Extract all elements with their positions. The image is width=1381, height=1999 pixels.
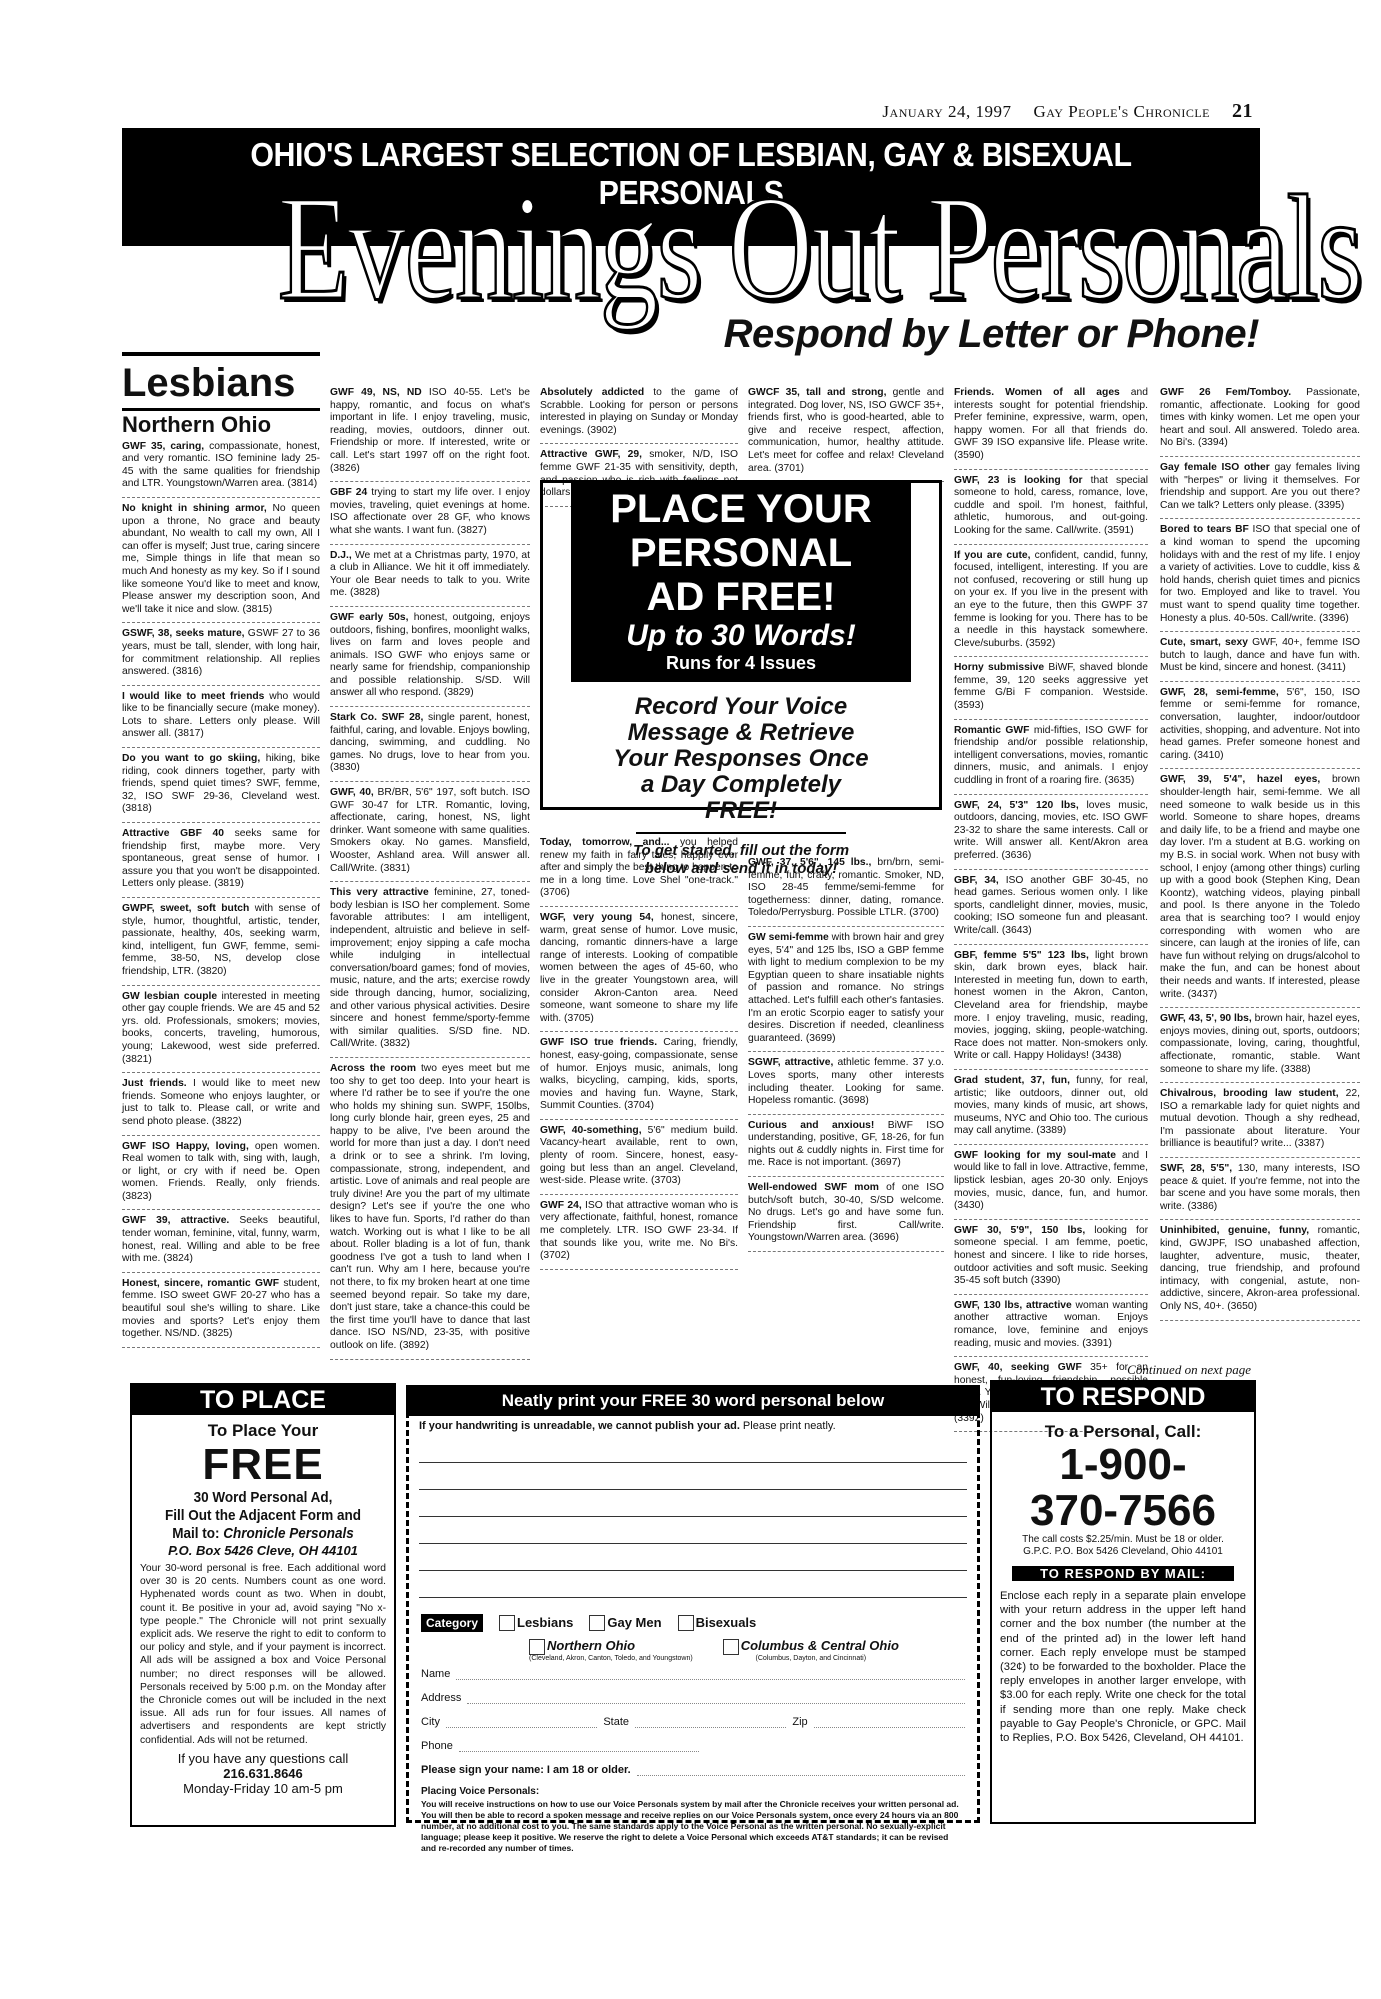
ad-lead: GWF, 40,	[330, 787, 374, 798]
warning-text: Please print neatly.	[740, 1420, 836, 1432]
to-place-header: TO PLACE	[132, 1385, 394, 1415]
ad-lead: Uninhibited, genuine, funny,	[1160, 1225, 1309, 1236]
region-northern-ohio[interactable]: Northern Ohio(Cleveland, Akron, Canton, …	[529, 1638, 693, 1662]
personal-ad: Honest, sincere, romantic GWF student, f…	[122, 1273, 320, 1348]
to-place-box: TO PLACE To Place Your FREE 30 Word Pers…	[130, 1383, 396, 1827]
ad-lead: GW lesbian couple	[122, 991, 217, 1002]
personal-ad: Today, tomorrow, and... you helped renew…	[540, 832, 738, 907]
ad-lead: GWCF 35, tall and strong,	[748, 387, 886, 398]
free-ad-promo: PLACE YOUR PERSONAL AD FREE! Up to 30 Wo…	[540, 480, 942, 810]
ad-lead: Honest, sincere, romantic GWF	[122, 1278, 279, 1289]
ad-lead: GBF, femme 5'5" 123 lbs,	[954, 950, 1089, 961]
checkbox-icon[interactable]	[678, 1615, 694, 1631]
ad-lead: GWF, 130 lbs, attractive	[954, 1300, 1072, 1311]
ad-text-line-6[interactable]	[419, 1571, 967, 1598]
personal-ad: GWF, 24, 5'3" 120 lbs, loves music, outd…	[954, 795, 1148, 870]
category-option-label: Bisexuals	[696, 1615, 757, 1630]
name-input[interactable]	[456, 1668, 965, 1680]
ad-text: honest, outgoing, enjoys outdoors, fishi…	[330, 612, 530, 699]
promo-line: FREE!	[543, 798, 939, 824]
respond-address: G.P.C. P.O. Box 5426 Cleveland, Ohio 441…	[992, 1546, 1254, 1558]
personal-ad: GW lesbian couple interested in meeting …	[122, 986, 320, 1074]
ad-lead: SGWF, attractive,	[748, 1057, 833, 1068]
region-central-ohio[interactable]: Columbus & Central Ohio(Columbus, Dayton…	[723, 1638, 899, 1662]
ads-column-6: GWF 26 Fem/Tomboy. Passionate, romantic,…	[1160, 382, 1360, 1321]
ad-lead: GWF, 43, 5', 90 lbs,	[1160, 1013, 1252, 1024]
section-title: Lesbians	[122, 352, 320, 411]
respond-phone-part1: 1-900-	[992, 1442, 1254, 1488]
ad-text: BR/BR, 5'6" 197, soft butch. ISO GWF 30-…	[330, 787, 530, 874]
ad-text-line-4[interactable]	[419, 1517, 967, 1544]
ad-lead: Attractive GWF, 29,	[540, 449, 642, 460]
personal-ad: Bored to tears BF ISO that special one o…	[1160, 519, 1360, 632]
voice-message-promo: Record Your Voice Message & Retrieve You…	[543, 694, 939, 824]
promo-line: PERSONAL	[571, 531, 911, 575]
personal-ad: WGF, very young 54, honest, sincere, war…	[540, 907, 738, 1032]
category-option-label: Gay Men	[607, 1615, 661, 1630]
ad-text: with sense of style, humor, thoughtful, …	[122, 903, 320, 977]
ad-lead: D.J.,	[330, 550, 352, 561]
respond-line: To a Personal, Call:	[992, 1422, 1254, 1442]
ad-lead: GWF 30, 5'9", 150 lbs,	[954, 1225, 1085, 1236]
ad-lead: GSWF, 38, seeks mature,	[122, 628, 245, 639]
ad-lead: I would like to meet friends	[122, 691, 264, 702]
voice-personals-title: Placing Voice Personals:	[409, 1782, 977, 1797]
ad-lead: GWF, 24, 5'3" 120 lbs,	[954, 800, 1079, 811]
ad-lead: GWF looking for my soul-mate	[954, 1150, 1116, 1161]
field-label: State	[603, 1716, 629, 1728]
field-label: Phone	[421, 1740, 453, 1752]
personal-ad: D.J., We met at a Christmas party, 1970,…	[330, 545, 530, 607]
ad-lead: Just friends.	[122, 1078, 187, 1089]
ad-text: romantic, kind, GWJPF, ISO unabashed aff…	[1160, 1225, 1360, 1312]
promo-line: Runs for 4 Issues	[571, 653, 911, 674]
personal-ad: GBF, femme 5'5" 123 lbs, light brown ski…	[954, 945, 1148, 1070]
ad-text: No queen upon a throne, No grace and bea…	[122, 503, 320, 615]
category-row: Category Lesbians Gay Men Bisexuals	[409, 1598, 977, 1632]
personal-ad: GWF, 43, 5', 90 lbs, brown hair, hazel e…	[1160, 1008, 1360, 1083]
ad-lead: GWF, 28, semi-femme,	[1160, 687, 1279, 698]
ad-text: two eyes meet but me too shy to get too …	[330, 1063, 530, 1351]
promo-line: Up to 30 Words!	[571, 619, 911, 653]
ad-lead: Bored to tears BF	[1160, 524, 1249, 535]
personal-ad: I would like to meet friends who would l…	[122, 686, 320, 748]
personal-ad: Chivalrous, brooding law student, 22, IS…	[1160, 1083, 1360, 1158]
personal-ad: Cute, smart, sexy GWF, 40+, femme ISO bu…	[1160, 632, 1360, 682]
ad-lead: GWF 39, attractive.	[122, 1215, 229, 1226]
ad-lead: GWF, 40-something,	[540, 1125, 642, 1136]
voice-personals-body: You will receive instructions on how to …	[409, 1797, 977, 1856]
ad-lead: GWF, 23 is looking for	[954, 475, 1083, 486]
phone-field[interactable]: Phone	[409, 1734, 977, 1758]
ad-lead: Horny submissive	[954, 662, 1044, 673]
ads-column-5: Friends. Women of all ages and interests…	[954, 382, 1148, 1432]
free-label: FREE	[132, 1441, 394, 1489]
zip-input[interactable]	[814, 1716, 965, 1728]
ad-text: light brown skin, dark brown eyes, black…	[954, 950, 1148, 1062]
ad-lead: Romantic GWF	[954, 725, 1029, 736]
ad-lead: Absolutely addicted	[540, 387, 644, 398]
personal-ad: Friends. Women of all ages and interests…	[954, 382, 1148, 470]
personal-ad: Grad student, 37, fun, funny, for real, …	[954, 1070, 1148, 1145]
to-respond-box: TO RESPOND To a Personal, Call: 1-900- 3…	[990, 1380, 1256, 1824]
region-row: Northern Ohio(Cleveland, Akron, Canton, …	[409, 1632, 977, 1662]
personal-ad: GWF ISO Happy, loving, open women. Real …	[122, 1136, 320, 1211]
ad-text: feminine, 27, toned-body lesbian is ISO …	[330, 887, 530, 1049]
personal-ad: GWF 26 Fem/Tomboy. Passionate, romantic,…	[1160, 382, 1360, 457]
respond-phone-part2: 370-7566	[992, 1488, 1254, 1534]
respond-by-mail-header: TO RESPOND BY MAIL:	[1012, 1566, 1234, 1581]
personal-ad: GWF, 40-something, 5'6" medium build. Va…	[540, 1120, 738, 1195]
name-field[interactable]: Name	[409, 1662, 977, 1686]
to-place-line: To Place Your	[132, 1421, 394, 1441]
region-note: (Cleveland, Akron, Canton, Toledo, and Y…	[529, 1655, 693, 1662]
ads-column-1: Lesbians Northern Ohio GWF 35, caring, c…	[122, 352, 320, 1348]
mail-to-recipient: Chronicle Personals	[223, 1525, 354, 1542]
personal-ad: Romantic GWF mid-fifties, ISO GWF for fr…	[954, 720, 1148, 795]
continued-note: Continued on next page	[1127, 1362, 1251, 1378]
contact-phone: 216.631.8646	[132, 1766, 394, 1781]
promo-line: Your Responses Once	[543, 746, 939, 772]
region-note: (Columbus, Dayton, and Cincinnati)	[723, 1655, 899, 1662]
personal-ad: Curious and anxious! BiWF ISO understand…	[748, 1115, 944, 1177]
ad-text-line-5[interactable]	[419, 1544, 967, 1571]
personal-ad: GWF ISO true friends. Caring, friendly, …	[540, 1032, 738, 1120]
personal-ad: GWF, 130 lbs, attractive woman wanting a…	[954, 1295, 1148, 1357]
region-label: Northern Ohio	[547, 1638, 635, 1653]
personal-ad: GWF looking for my soul-mate and I would…	[954, 1145, 1148, 1220]
state-input[interactable]	[635, 1716, 786, 1728]
ad-lead: GWF early 50s,	[330, 612, 409, 623]
masthead-title: Evenings Out Personals	[278, 178, 1113, 318]
ad-lead: If you are cute,	[954, 550, 1030, 561]
checkbox-icon[interactable]	[723, 1639, 739, 1655]
field-label: Address	[421, 1692, 461, 1704]
city-state-zip-row: City State Zip	[409, 1710, 977, 1734]
office-hours: Monday-Friday 10 am-5 pm	[132, 1781, 394, 1796]
promo-line: Message & Retrieve	[543, 720, 939, 746]
category-bisexuals[interactable]: Bisexuals	[678, 1615, 757, 1632]
checkbox-icon[interactable]	[529, 1639, 545, 1655]
ad-lead: WGF, very young 54,	[540, 912, 654, 923]
personal-ad: Just friends. I would like to meet new f…	[122, 1073, 320, 1135]
ad-lead: GWF ISO Happy, loving,	[122, 1141, 249, 1152]
ad-lead: Do you want to go skiing,	[122, 753, 260, 764]
personal-ad: Gay female ISO other gay females living …	[1160, 457, 1360, 519]
ad-lead: This very attractive	[330, 887, 429, 898]
personal-ad: Stark Co. SWF 28, single parent, honest,…	[330, 707, 530, 782]
city-input[interactable]	[446, 1716, 597, 1728]
issue-date: January 24, 1997	[882, 102, 1011, 122]
address-field[interactable]: Address	[409, 1686, 977, 1710]
personal-ad: Do you want to go skiing, hiking, bike r…	[122, 748, 320, 823]
ad-lead: GWPF, sweet, soft butch	[122, 903, 249, 914]
checkbox-icon[interactable]	[499, 1615, 515, 1631]
signature-field[interactable]: Please sign your name: I am 18 or older.	[409, 1758, 977, 1782]
ad-text: confident, candid, funny, focused, intel…	[954, 550, 1148, 649]
ad-lead: GWF, 40, seeking GWF	[954, 1362, 1082, 1373]
ad-text-line-2[interactable]	[419, 1463, 967, 1490]
ad-lead: GWF 26 Fem/Tomboy.	[1160, 387, 1291, 398]
page-number: 21	[1232, 100, 1253, 123]
newspaper-page: January 24, 1997 Gay People's Chronicle …	[0, 0, 1381, 1999]
personal-ad: GWPF, sweet, soft butch with sense of st…	[122, 898, 320, 986]
personal-ad: GWF, 39, 5'4", hazel eyes, brown shoulde…	[1160, 769, 1360, 1008]
category-label: Category	[421, 1614, 483, 1632]
ad-text: with brown hair and grey eyes, 5'4" and …	[748, 932, 944, 1044]
warning-bold: If your handwriting is unreadable, we ca…	[419, 1420, 740, 1432]
field-label: City	[421, 1716, 440, 1728]
to-place-line: 30 Word Personal Ad,	[145, 1489, 381, 1507]
personal-ad: Across the room two eyes meet but me too…	[330, 1058, 530, 1360]
promo-headline-block: PLACE YOUR PERSONAL AD FREE! Up to 30 Wo…	[571, 483, 911, 682]
ad-lead: GWF ISO true friends.	[540, 1037, 657, 1048]
ad-lead: SWF, 28, 5'5",	[1160, 1163, 1232, 1174]
address-input[interactable]	[467, 1692, 965, 1704]
personal-ad: Uninhibited, genuine, funny, romantic, k…	[1160, 1220, 1360, 1320]
promo-line: AD FREE!	[571, 575, 911, 619]
category-gay-men[interactable]: Gay Men	[589, 1615, 661, 1632]
personal-ad: GWF, 23 is looking for that special some…	[954, 470, 1148, 545]
mail-to-label: Mail to:	[172, 1525, 223, 1542]
field-label: Zip	[792, 1716, 807, 1728]
personal-ad: Absolutely addicted to the game of Scrab…	[540, 382, 738, 444]
checkbox-icon[interactable]	[589, 1615, 605, 1631]
to-place-rules: Your 30-word personal is free. Each addi…	[132, 1558, 394, 1751]
personal-ad: GWF 24, ISO that attractive woman who is…	[540, 1195, 738, 1270]
personal-ad: Horny submissive BiWF, shaved blonde fem…	[954, 657, 1148, 719]
ads-column-3-lower: Today, tomorrow, and... you helped renew…	[540, 832, 738, 1270]
ad-lead: GBF 24	[330, 487, 367, 498]
field-label: Please sign your name: I am 18 or older.	[421, 1764, 631, 1776]
questions-line: If you have any questions call	[132, 1751, 394, 1766]
ad-lead: Today, tomorrow, and...	[540, 837, 669, 848]
ad-lead: GW semi-femme	[748, 932, 829, 943]
personal-ad: GWF early 50s, honest, outgoing, enjoys …	[330, 607, 530, 707]
folio: January 24, 1997 Gay People's Chronicle …	[882, 100, 1253, 123]
personal-ad: GWCF 35, tall and strong, gentle and int…	[748, 382, 944, 482]
ad-text-line-3[interactable]	[419, 1490, 967, 1517]
ad-lead: Stark Co. SWF 28,	[330, 712, 423, 723]
personal-ad: SWF, 28, 5'5", 130, many interests, ISO …	[1160, 1158, 1360, 1220]
ad-text: and interests sought for potential frien…	[954, 387, 1148, 461]
personal-ad: GWF 35, caring, compassionate, honest, a…	[122, 436, 320, 498]
field-label: Name	[421, 1668, 450, 1680]
ad-lead: Well-endowed SWF mom	[748, 1182, 879, 1193]
ads-column-4-top: GWCF 35, tall and strong, gentle and int…	[748, 382, 944, 482]
ad-lead: No knight in shining armor,	[122, 503, 267, 514]
personal-ad: GWF 39, attractive. Seeks beautiful, ten…	[122, 1210, 320, 1272]
publication-name: Gay People's Chronicle	[1033, 102, 1210, 122]
section-subtitle: Northern Ohio	[122, 419, 320, 432]
personal-ad-form: Neatly print your FREE 30 word personal …	[406, 1385, 980, 1823]
to-respond-header: TO RESPOND	[992, 1382, 1254, 1412]
ad-lead: Curious and anxious!	[748, 1120, 874, 1131]
ad-lead: GWF, 39, 5'4", hazel eyes,	[1160, 774, 1320, 785]
ad-text: gentle and integrated. Dog lover, NS, IS…	[748, 387, 944, 474]
ad-text: brown shoulder-length hair, semi-femme. …	[1160, 774, 1360, 999]
ad-lead: GWF 35, caring,	[122, 441, 204, 452]
personal-ad: GWF, 40, BR/BR, 5'6" 197, soft butch. IS…	[330, 782, 530, 882]
ad-lead: Chivalrous, brooding law student,	[1160, 1088, 1339, 1099]
promo-line: Record Your Voice	[543, 694, 939, 720]
ad-text: ISO 40-55. Let's be happy, romantic, and…	[330, 387, 530, 474]
personal-ad: GWF, 28, semi-femme, 5'6", 150, ISO femm…	[1160, 682, 1360, 770]
ad-lead: Friends. Women of all ages	[954, 387, 1120, 398]
personal-ad: This very attractive feminine, 27, toned…	[330, 882, 530, 1058]
ad-lead: Gay female ISO other	[1160, 462, 1270, 473]
ad-lead: Cute, smart, sexy	[1160, 637, 1248, 648]
personal-ad: GW semi-femme with brown hair and grey e…	[748, 927, 944, 1052]
promo-line: PLACE YOUR	[571, 487, 911, 531]
personal-ad: GSWF, 38, seeks mature, GSWF 27 to 36 ye…	[122, 623, 320, 685]
ad-lead: GWF 49, NS, ND	[330, 387, 422, 398]
category-option-label: Lesbians	[517, 1615, 573, 1630]
personal-ad: GWF, 37, 5'6", 145 lbs., brn/brn, semi-f…	[748, 852, 944, 927]
personal-ad: SGWF, attractive, athletic femme. 37 y.o…	[748, 1052, 944, 1114]
ad-text: Caring, friendly, honest, easy-going, co…	[540, 1037, 738, 1111]
ad-text: ISO that special one of a kind woman to …	[1160, 524, 1360, 623]
ad-lead: GWF, 37, 5'6", 145 lbs.,	[748, 857, 871, 868]
call-cost: The call costs $2.25/min. Must be 18 or …	[992, 1534, 1254, 1546]
personal-ad: Well-endowed SWF mom of one ISO butch/so…	[748, 1177, 944, 1252]
personal-ad: GWF 30, 5'9", 150 lbs, looking for someo…	[954, 1220, 1148, 1295]
ad-lead: Grad student, 37, fun,	[954, 1075, 1070, 1086]
ad-text-line-1[interactable]	[419, 1436, 967, 1463]
mailing-address: P.O. Box 5426 Cleve, OH 44101	[132, 1543, 394, 1558]
respond-by-mail-body: Enclose each reply in a separate plain e…	[992, 1589, 1254, 1745]
ad-lead: GWF 24,	[540, 1200, 582, 1211]
ad-lead: Attractive GBF 40	[122, 828, 224, 839]
personal-ad: GBF, 34, ISO another GBF 30-45, no head …	[954, 870, 1148, 945]
phone-input[interactable]	[459, 1740, 699, 1752]
ad-lead: Across the room	[330, 1063, 416, 1074]
personal-ad: No knight in shining armor, No queen upo…	[122, 498, 320, 623]
to-place-line: Fill Out the Adjacent Form and	[145, 1507, 381, 1525]
personal-ad: GWF 49, NS, ND ISO 40-55. Let's be happy…	[330, 382, 530, 482]
signature-input[interactable]	[637, 1764, 965, 1776]
tagline: Respond by Letter or Phone!	[724, 312, 1259, 357]
personal-ad: GBF 24 trying to start my life over. I e…	[330, 482, 530, 544]
ad-lead: GBF, 34,	[954, 875, 999, 886]
ad-text: honest, sincere, warm, great sense of hu…	[540, 912, 738, 1024]
form-header: Neatly print your FREE 30 word personal …	[406, 1385, 980, 1416]
to-place-mail-line: Mail to: Chronicle Personals	[145, 1525, 381, 1543]
personal-ad: Attractive GBF 40 seeks same for friends…	[122, 823, 320, 898]
form-warning: If your handwriting is unreadable, we ca…	[409, 1416, 977, 1436]
personal-ad: If you are cute, confident, candid, funn…	[954, 545, 1148, 658]
ad-text: We met at a Christmas party, 1970, at a …	[330, 550, 530, 599]
ads-column-4-lower: GWF, 37, 5'6", 145 lbs., brn/brn, semi-f…	[748, 852, 944, 1252]
region-label: Columbus & Central Ohio	[741, 1638, 899, 1653]
promo-line: a Day Completely	[543, 772, 939, 798]
category-lesbians[interactable]: Lesbians	[499, 1615, 573, 1632]
ads-column-2: GWF 49, NS, ND ISO 40-55. Let's be happy…	[330, 382, 530, 1360]
